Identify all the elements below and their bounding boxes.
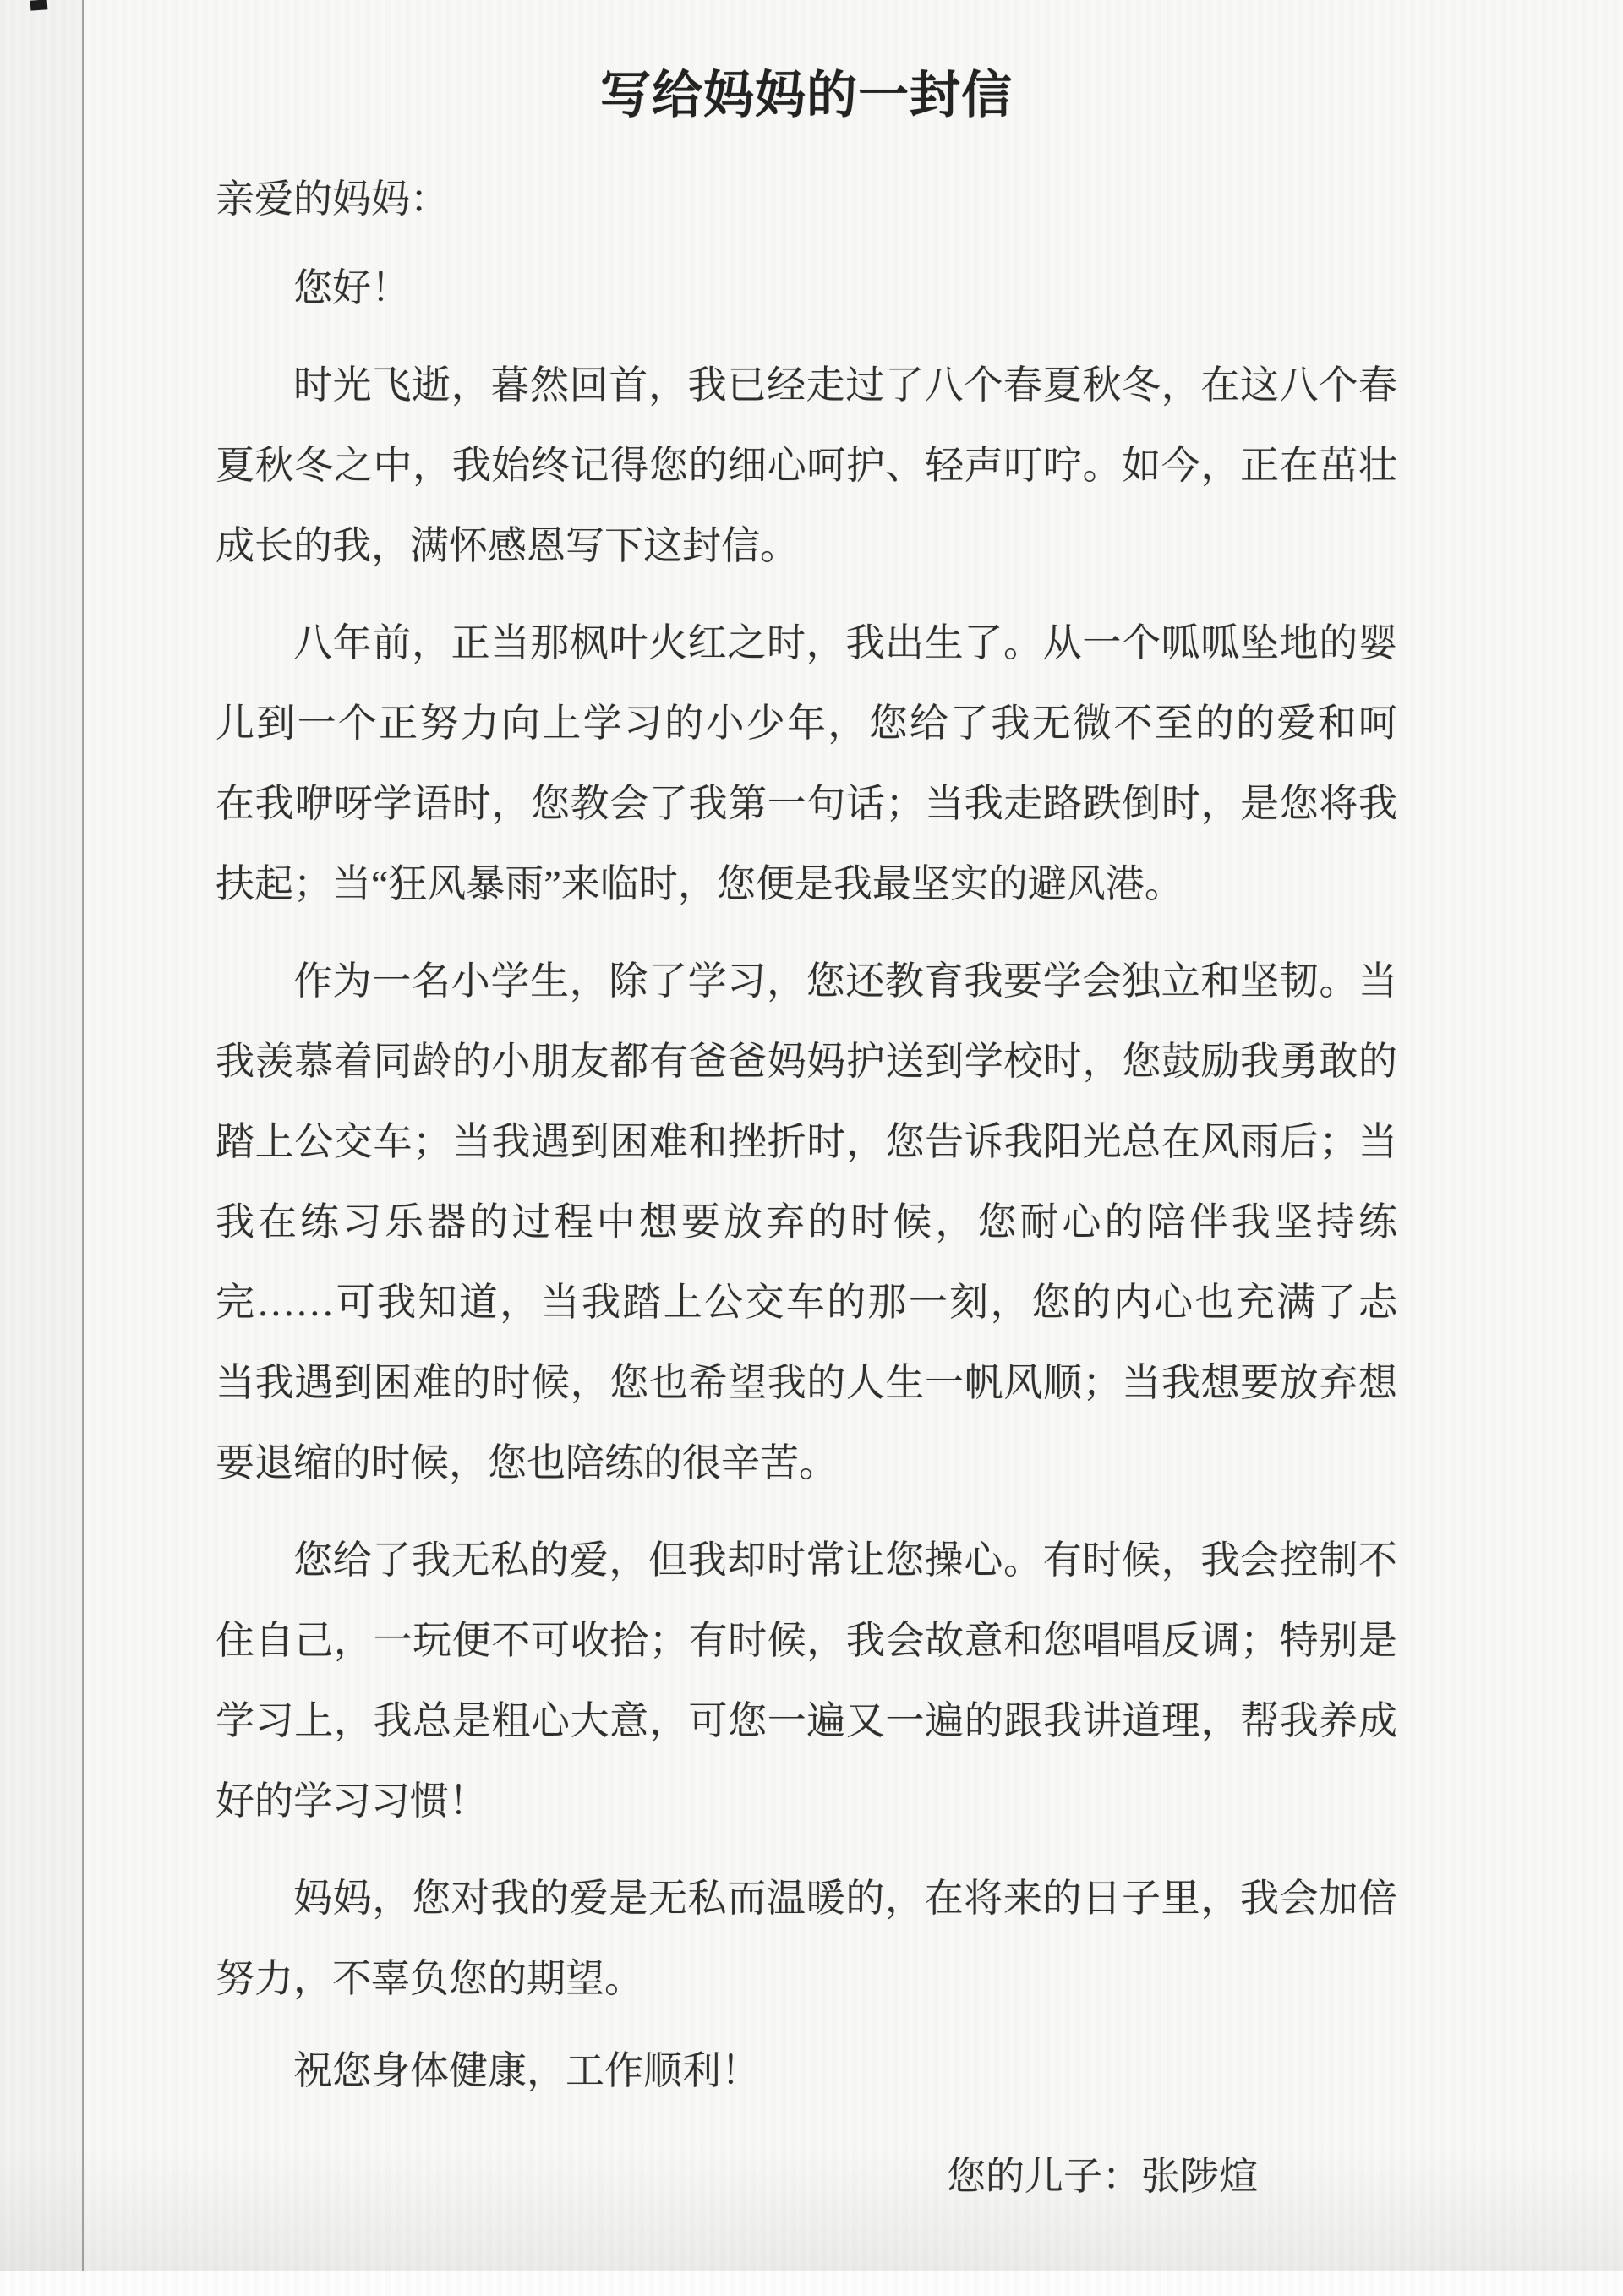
letter-line: 在我咿呀学语时，您教会了我第一句话；当我走路跌倒时，是您将我 [216, 763, 1397, 844]
letter-closing-wish: 祝您身体健康，工作顺利！ [216, 2031, 1397, 2111]
scan-left-margin-strip [0, 0, 82, 2271]
letter-salutation: 亲爱的妈妈： [216, 159, 1397, 239]
scan-corner-mark [30, 0, 48, 11]
letter-line: 扶起；当“狂风暴雨”来临时，您便是我最坚实的避风港。 [216, 844, 1397, 924]
letter-line: 当我遇到困难的时候，您也希望我的人生一帆风顺；当我想要放弃想 [216, 1342, 1397, 1423]
letter-line: 完……可我知道，当我踏上公交车的那一刻，您的内心也充满了忐忑； [216, 1262, 1397, 1342]
letter-signature: 您的儿子：张陟煊 [216, 2136, 1397, 2217]
letter-line: 学习上，我总是粗心大意，可您一遍又一遍的跟我讲道理，帮我养成 [216, 1681, 1397, 1761]
letter-line: 作为一名小学生，除了学习，您还教育我要学会独立和坚韧。当 [216, 941, 1397, 1021]
letter-line: 住自己，一玩便不可收拾；有时候，我会故意和您唱唱反调；特别是 [216, 1600, 1397, 1681]
letter-line: 八年前，正当那枫叶火红之时，我出生了。从一个呱呱坠地的婴 [216, 603, 1397, 683]
letter-line: 妈妈，您对我的爱是无私而温暖的，在将来的日子里，我会加倍 [216, 1858, 1397, 1938]
letter-body: 时光飞逝，暮然回首，我已经走过了八个春夏秋冬，在这八个春夏秋冬之中，我始终记得您… [216, 345, 1397, 2019]
letter-line: 要退缩的时候，您也陪练的很辛苦。 [216, 1423, 1397, 1503]
letter-greeting: 您好！ [216, 248, 1397, 328]
letter-content: 写给妈妈的一封信 亲爱的妈妈： 您好！ 时光飞逝，暮然回首，我已经走过了八个春夏… [216, 49, 1397, 2217]
letter-line: 好的学习习惯！ [216, 1761, 1397, 1841]
letter-title: 写给妈妈的一封信 [216, 49, 1397, 152]
letter-line: 成长的我，满怀感恩写下这封信。 [216, 506, 1397, 586]
letter-line: 您给了我无私的爱，但我却时常让您操心。有时候，我会控制不 [216, 1520, 1397, 1600]
letter-line: 我在练习乐器的过程中想要放弃的时候，您耐心的陪伴我坚持练 [216, 1182, 1397, 1262]
letter-line: 夏秋冬之中，我始终记得您的细心呵护、轻声叮咛。如今，正在茁壮 [216, 425, 1397, 506]
letter-line: 我羡慕着同龄的小朋友都有爸爸妈妈护送到学校时，您鼓励我勇敢的 [216, 1021, 1397, 1102]
scanner-background-strip [0, 2271, 1623, 2296]
letter-line: 踏上公交车；当我遇到困难和挫折时，您告诉我阳光总在风雨后；当 [216, 1102, 1397, 1182]
letter-line: 儿到一个正努力向上学习的小少年，您给了我无微不至的的爱和呵护。 [216, 683, 1397, 763]
letter-line: 努力，不辜负您的期望。 [216, 1938, 1397, 2019]
scanned-letter-page: 写给妈妈的一封信 亲爱的妈妈： 您好！ 时光飞逝，暮然回首，我已经走过了八个春夏… [0, 0, 1623, 2296]
letter-line: 时光飞逝，暮然回首，我已经走过了八个春夏秋冬，在这八个春 [216, 345, 1397, 425]
scan-page-edge-line [82, 0, 84, 2271]
